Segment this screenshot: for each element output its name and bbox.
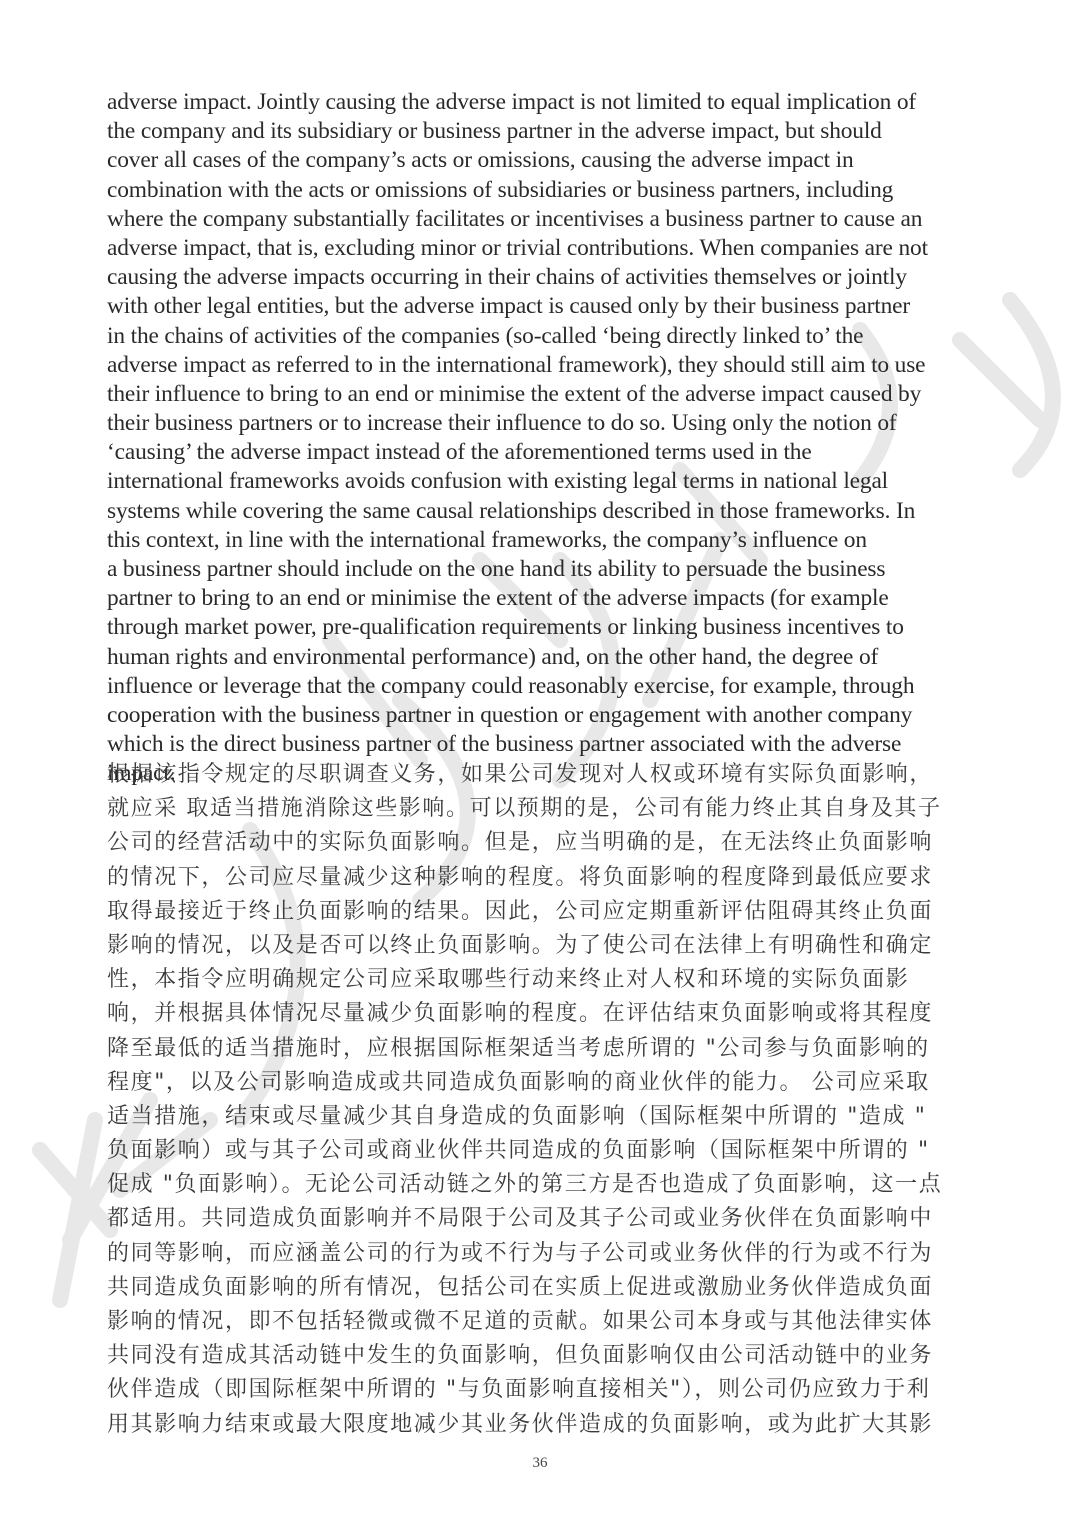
text-line: 共同没有造成其活动链中发生的负面影响，但负面影响仅由公司活动链中的业务 bbox=[107, 1339, 1027, 1373]
text-line: 的同等影响，而应涵盖公司的行为或不行为与子公司或业务伙伴的行为或不行为 bbox=[107, 1237, 1027, 1271]
text-line: systems while covering the same causal r… bbox=[107, 497, 1027, 526]
text-line: 公司的经营活动中的实际负面影响。但是，应当明确的是，在无法终止负面影响 bbox=[107, 826, 1027, 860]
text-line: 就应采 取适当措施消除这些影响。可以预期的是，公司有能力终止其自身及其子 bbox=[107, 792, 1027, 826]
text-line: through market power, pre-qualification … bbox=[107, 613, 1027, 642]
text-line: 促成 "负面影响）。无论公司活动链之外的第三方是否也造成了负面影响，这一点 bbox=[107, 1168, 1027, 1202]
text-line: 适当措施，结束或尽量减少其自身造成的负面影响（国际框架中所谓的 "造成 " bbox=[107, 1100, 1027, 1134]
text-line: adverse impact, that is, excluding minor… bbox=[107, 234, 1027, 263]
text-line: causing the adverse impacts occurring in… bbox=[107, 263, 1027, 292]
text-line: the company and its subsidiary or busine… bbox=[107, 117, 1027, 146]
text-line: 影响的情况，即不包括轻微或微不足道的贡献。如果公司本身或与其他法律实体 bbox=[107, 1305, 1027, 1339]
text-line: 根据该指令规定的尽职调查义务，如果公司发现对人权或环境有实际负面影响， bbox=[107, 758, 1027, 792]
text-line: 共同造成负面影响的所有情况，包括公司在实质上促进或激励业务伙伴造成负面 bbox=[107, 1271, 1027, 1305]
text-line: adverse impact as referred to in the int… bbox=[107, 351, 1027, 380]
text-line: 用其影响力结束或最大限度地减少其业务伙伴造成的负面影响，或为此扩大其影 bbox=[107, 1408, 1027, 1442]
text-line: 程度"，以及公司影响造成或共同造成负面影响的商业伙伴的能力。 公司应采取 bbox=[107, 1066, 1027, 1100]
english-paragraph: adverse impact. Jointly causing the adve… bbox=[107, 88, 1027, 789]
text-line: international frameworks avoids confusio… bbox=[107, 467, 1027, 496]
text-line: their business partners or to increase t… bbox=[107, 409, 1027, 438]
text-line: cover all cases of the company’s acts or… bbox=[107, 146, 1027, 175]
text-line: 的情况下，公司应尽量减少这种影响的程度。将负面影响的程度降到最低应要求 bbox=[107, 861, 1027, 895]
document-page: adverse impact. Jointly causing the adve… bbox=[0, 0, 1080, 1527]
text-line: cooperation with the business partner in… bbox=[107, 701, 1027, 730]
text-line: combination with the acts or omissions o… bbox=[107, 176, 1027, 205]
page-number: 36 bbox=[0, 1455, 1080, 1472]
text-line: human rights and environmental performan… bbox=[107, 643, 1027, 672]
text-line: in the chains of activities of the compa… bbox=[107, 322, 1027, 351]
text-line: a business partner should include on the… bbox=[107, 555, 1027, 584]
text-line: ‘causing’ the adverse impact instead of … bbox=[107, 438, 1027, 467]
text-line: which is the direct business partner of … bbox=[107, 730, 1027, 759]
text-line: 性，本指令应明确规定公司应采取哪些行动来终止对人权和环境的实际负面影 bbox=[107, 963, 1027, 997]
text-line: 伙伴造成（即国际框架中所谓的 "与负面影响直接相关"），则公司仍应致力于利 bbox=[107, 1373, 1027, 1407]
text-line: this context, in line with the internati… bbox=[107, 526, 1027, 555]
text-line: 降至最低的适当措施时，应根据国际框架适当考虑所谓的 "公司参与负面影响的 bbox=[107, 1032, 1027, 1066]
text-line: their influence to bring to an end or mi… bbox=[107, 380, 1027, 409]
chinese-paragraph: 根据该指令规定的尽职调查义务，如果公司发现对人权或环境有实际负面影响， 就应采 … bbox=[107, 758, 1027, 1442]
text-line: 取得最接近于终止负面影响的结果。因此，公司应定期重新评估阻碍其终止负面 bbox=[107, 895, 1027, 929]
text-line: adverse impact. Jointly causing the adve… bbox=[107, 88, 1027, 117]
text-line: influence or leverage that the company c… bbox=[107, 672, 1027, 701]
text-line: 响，并根据具体情况尽量减少负面影响的程度。在评估结束负面影响或将其程度 bbox=[107, 997, 1027, 1031]
text-line: with other legal entities, but the adver… bbox=[107, 292, 1027, 321]
text-line: 都适用。共同造成负面影响并不局限于公司及其子公司或业务伙伴在负面影响中 bbox=[107, 1202, 1027, 1236]
text-line: where the company substantially facilita… bbox=[107, 205, 1027, 234]
text-line: 负面影响）或与其子公司或商业伙伴共同造成的负面影响（国际框架中所谓的 " bbox=[107, 1134, 1027, 1168]
text-line: 影响的情况，以及是否可以终止负面影响。为了使公司在法律上有明确性和确定 bbox=[107, 929, 1027, 963]
text-line: partner to bring to an end or minimise t… bbox=[107, 584, 1027, 613]
